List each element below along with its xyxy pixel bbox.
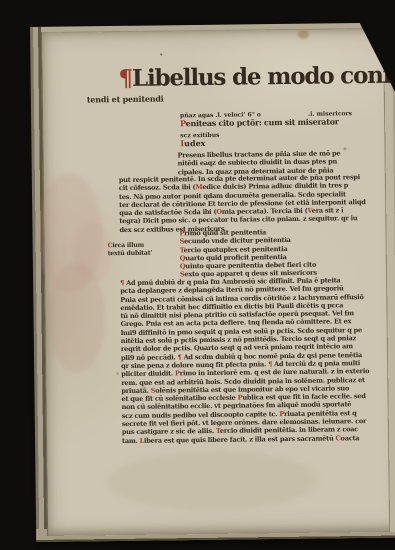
dubia-list: Primo quid sit penitentiaSecundo vnde di… bbox=[179, 227, 370, 279]
stain bbox=[36, 172, 103, 293]
commentary-paragraph: put respicit penitentē. In scda pte dete… bbox=[119, 173, 370, 234]
photo-background: ¶Libellus de modo confi tendi et peniten… bbox=[0, 0, 395, 550]
page-title: ¶Libellus de modo confi bbox=[118, 62, 395, 92]
verse-word-judex: Iudex bbox=[180, 138, 205, 148]
stain bbox=[298, 30, 309, 39]
judex-text: Iudex bbox=[180, 138, 205, 148]
stain bbox=[107, 450, 318, 513]
book-page: ¶Libellus de modo confi tendi et peniten… bbox=[41, 28, 395, 536]
body-paragraph: ¶ Ad pmū dubiū dr q pnia fm Ambrosiū sic… bbox=[120, 276, 372, 445]
verse-text: Peniteas cito pctōr: cum sit miserator bbox=[180, 116, 350, 128]
intro-paragraph: Presens libellus tractans de pñia siue d… bbox=[177, 149, 363, 176]
page-title-line1: Libellus de modo confi bbox=[132, 62, 395, 92]
pilcrow-mark: ¶ bbox=[118, 65, 132, 92]
verse-line: Peniteas cito pctōr: cum sit miserator bbox=[180, 116, 350, 128]
margin-note-line: textū dubitat’ bbox=[108, 250, 178, 259]
speck bbox=[116, 372, 119, 375]
next-leaf-edge bbox=[384, 81, 395, 532]
page-title-line2: tendi et penitendi bbox=[87, 94, 164, 105]
stain bbox=[47, 262, 106, 373]
margin-note: Circa illumtextū dubitat’ bbox=[108, 241, 178, 258]
speck bbox=[160, 54, 162, 56]
